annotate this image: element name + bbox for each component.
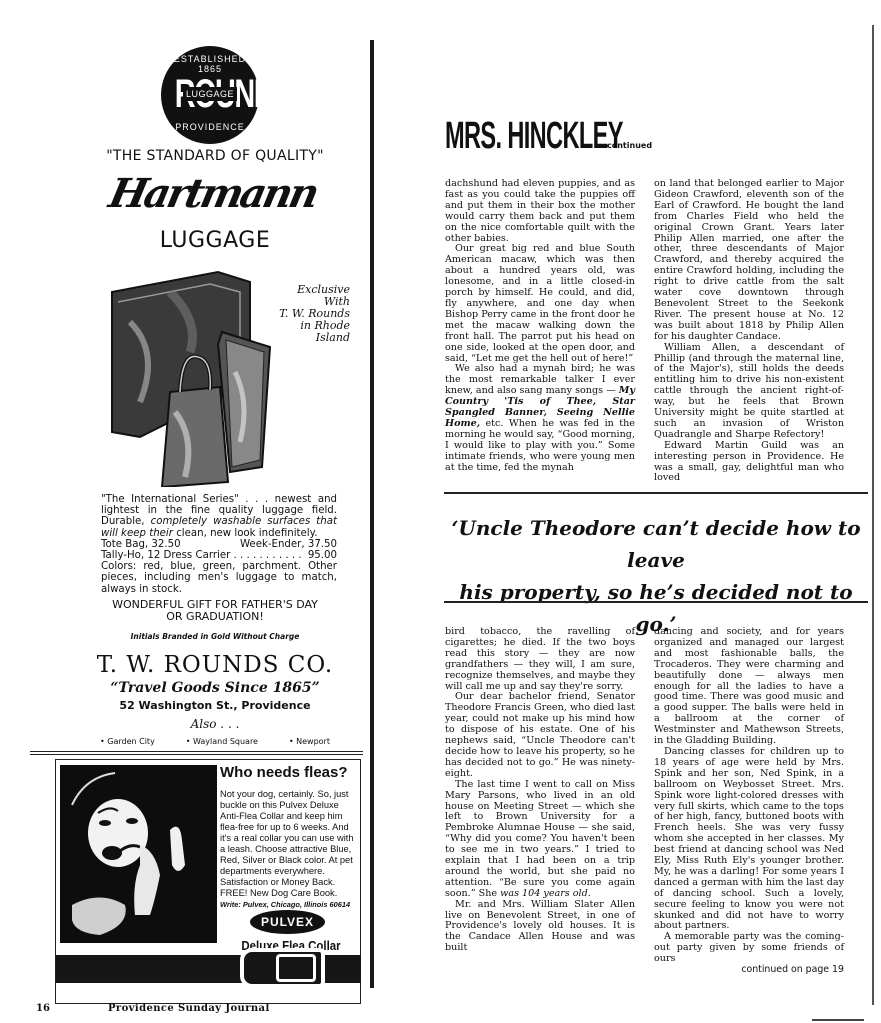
article-column-4: dancing and society, and for years organ… (654, 627, 844, 976)
publication-name: Providence Sunday Journal (108, 1003, 270, 1014)
paragraph: dancing and society, and for years organ… (654, 627, 844, 747)
gift-headline: WONDERFUL GIFT FOR FATHER'S DAY OR GRADU… (90, 599, 340, 623)
article-column-3: bird tobacco, the ravelling of cigarette… (445, 627, 635, 954)
branch-list: • Garden City • Wayland Square • Newport (100, 737, 330, 746)
price-tally-ho-label: Tally-Ho, 12 Dress Carrier . . . . . . .… (101, 550, 302, 561)
exclusive-line-1: Exclusive With (270, 284, 350, 308)
price-row-1: Tote Bag, 32.50 Week-Ender, 37.50 (101, 539, 337, 550)
company-tagline: “Travel Goods Since 1865” (80, 680, 350, 696)
continued-on-link[interactable]: continued on page 19 (654, 965, 844, 976)
pullquote-rule-bottom (444, 601, 868, 603)
initials-note: Initials Branded in Gold Without Charge (90, 632, 340, 641)
pulvex-copy: Not your dog, certainly. So, just buckle… (220, 789, 360, 910)
paragraph-mynah: We also had a mynah bird; he was the mos… (445, 364, 635, 473)
paragraph: Our great big red and blue South America… (445, 244, 635, 364)
paragraph: A memorable party was the coming-out par… (654, 932, 844, 965)
company-address: 52 Washington St., Providence (80, 699, 350, 712)
age-note: was 104 years old. (500, 888, 591, 899)
article-column-2: on land that belonged earlier to Major G… (654, 179, 844, 484)
paragraph: dachshund had eleven puppies, and as fas… (445, 179, 635, 244)
paragraph: Edward Martin Guild was an interesting p… (654, 441, 844, 485)
ad-colors-text: Colors: red, blue, green, parchment. Oth… (101, 561, 337, 595)
ad-separator-rule (30, 751, 363, 755)
text-run: The last time I went to call on Miss Mar… (445, 779, 635, 899)
corner-rule (812, 1019, 864, 1021)
text-run: We also had a mynah bird; he was the mos… (445, 363, 635, 396)
pullquote-rule-top (444, 492, 868, 494)
collar-buckle-inner (276, 954, 316, 982)
paragraph: Mr. and Mrs. William Slater Allen live o… (445, 900, 635, 955)
price-tote-bag: Tote Bag, 32.50 (101, 539, 181, 550)
luggage-illustration (100, 262, 275, 487)
pullquote-line-1: ‘Uncle Theodore can’t decide how to leav… (444, 512, 868, 576)
column-divider (370, 40, 374, 988)
continued-label: continued (607, 141, 652, 150)
paragraph: bird tobacco, the ravelling of cigarette… (445, 627, 635, 692)
hartmann-script-logo: Hartmann (105, 170, 315, 217)
branch-garden-city: • Garden City (100, 737, 155, 746)
also-label: Also . . . (80, 717, 350, 731)
ad-slogan: "THE STANDARD OF QUALITY" (90, 148, 340, 164)
paragraph: Our dear bachelor friend, Senator Theodo… (445, 692, 635, 779)
branch-newport: • Newport (289, 737, 330, 746)
logo-band-text: LUGGAGE (183, 87, 237, 101)
paragraph: on land that belonged earlier to Major G… (654, 179, 844, 343)
paragraph: Dancing classes for children up to 18 ye… (654, 747, 844, 932)
logo-established-text: ESTABLISHED 1865 (161, 54, 259, 74)
page-number: 16 (36, 1003, 50, 1014)
branch-wayland-square: • Wayland Square (186, 737, 258, 746)
rounds-logo: ESTABLISHED 1865 ROUNDS LUGGAGE PROVIDEN… (161, 46, 259, 144)
child-photo (60, 765, 217, 943)
pulvex-logo: PULVEX (250, 910, 325, 934)
price-row-2: Tally-Ho, 12 Dress Carrier . . . . . . .… (101, 550, 337, 561)
price-week-ender: Week-Ender, 37.50 (240, 539, 337, 550)
ad-product-heading: LUGGAGE (90, 228, 340, 253)
pulvex-copy-body: Not your dog, certainly. So, just buckle… (220, 789, 360, 899)
page-edge-rule (872, 25, 874, 1005)
exclusive-line-3: in Rhode Island (270, 320, 350, 344)
ad-copy-tail: clean, new look indefinitely. (176, 528, 317, 539)
article-column-1: dachshund had eleven puppies, and as fas… (445, 179, 635, 473)
pulvex-write-address: Write: Pulvex, Chicago, Illinois 60614 (220, 899, 360, 910)
company-name: T. W. ROUNDS CO. (80, 652, 350, 678)
price-tally-ho-value: 95.00 (308, 550, 337, 561)
paragraph: William Allen, a descendant of Phillip (… (654, 343, 844, 441)
pullquote: ‘Uncle Theodore can’t decide how to leav… (444, 512, 868, 640)
paragraph-parsons: The last time I went to call on Miss Mar… (445, 780, 635, 900)
ad-description: "The International Series" . . . newest … (101, 494, 337, 595)
article-headline: MRS. HINCKLEY (445, 115, 623, 158)
pulvex-headline: Who needs fleas? (220, 764, 360, 781)
exclusive-note: Exclusive With T. W. Rounds in Rhode Isl… (270, 284, 350, 344)
gift-line-2: OR GRADUATION! (90, 611, 340, 623)
logo-city-text: PROVIDENCE (161, 122, 259, 132)
